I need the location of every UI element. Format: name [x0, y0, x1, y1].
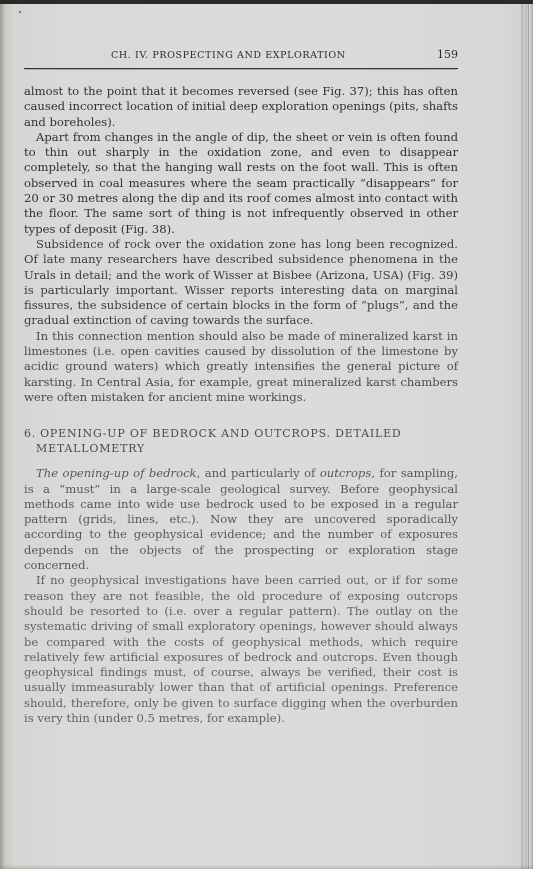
paragraph-thinning-of-vein: Apart from changes in the angle of dip, … — [24, 130, 458, 237]
paragraph-opening-up-bedrock: The opening-up of bedrock, and particula… — [24, 466, 458, 573]
page-bottom-shadow — [0, 865, 533, 869]
page-edge-outer — [528, 4, 529, 869]
body-text: almost to the point that it becomes reve… — [24, 84, 458, 726]
paragraph-subsidence: Subsidence of rock over the oxidation zo… — [24, 237, 458, 329]
section-title: OPENING-UP OF BEDROCK AND OUTCROPS. DETA… — [36, 427, 402, 455]
paragraph-geophysical-investigations: If no geophysical investigations have be… — [24, 573, 458, 726]
paper-speck — [19, 11, 21, 13]
page-number: 159 — [437, 48, 458, 61]
emphasis-outcrops: outcrops — [320, 466, 372, 480]
section-number: 6. — [24, 427, 36, 440]
running-header: CH. IV. PROSPECTING AND EXPLORATION 159 — [24, 48, 458, 69]
text-fragment: , and particularly of — [197, 466, 320, 480]
book-page: CH. IV. PROSPECTING AND EXPLORATION 159 … — [0, 4, 533, 869]
running-title: CH. IV. PROSPECTING AND EXPLORATION — [111, 50, 346, 61]
paragraph-mineralized-karst: In this connection mention should also b… — [24, 329, 458, 405]
paragraph-continued: almost to the point that it becomes reve… — [24, 84, 458, 130]
emphasis-opening-up-of-bedrock: The opening-up of bedrock — [36, 466, 197, 480]
text-fragment: , for sampling, is a “must” in a large-s… — [24, 466, 458, 572]
page-edge — [521, 4, 523, 869]
section-heading: 6.OPENING-UP OF BEDROCK AND OUTCROPS. DE… — [24, 426, 458, 456]
